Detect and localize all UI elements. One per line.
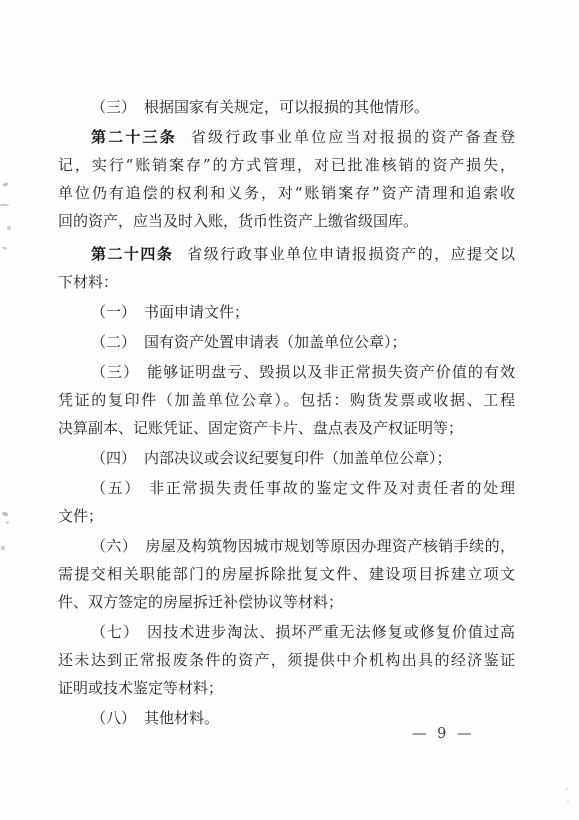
scan-speck <box>0 204 9 206</box>
line-text: 凭证的复印件（加盖单位公章）。包括：购货发票或收据、工程 <box>58 391 515 409</box>
text-line: （七）因技术进步淘汰、损坏严重无法修复或修复价值过高 <box>58 618 515 646</box>
list-marker: （三） <box>91 363 139 381</box>
text-line: 还未达到正常报废条件的资产，须提供中介机构出具的经济鉴证 <box>58 646 515 674</box>
page-number: — 9 — <box>412 726 502 742</box>
line-text: 国有资产处置申请表（加盖单位公章）； <box>144 333 407 351</box>
text-line: 决算副本、记账凭证、固定资产卡片、盘点表及产权证明等； <box>58 414 515 442</box>
list-marker: （六） <box>91 537 137 555</box>
text-line: （六）房屋及构筑物因城市规划等原因办理资产核销手续的， <box>58 532 515 560</box>
list-marker: （七） <box>91 623 139 641</box>
list-marker: （二） <box>91 333 136 351</box>
line-text: 证明或技术鉴定等材料； <box>58 679 223 697</box>
scan-speck <box>567 801 569 803</box>
line-text: 根据国家有关规定，可以报损的其他情形。 <box>144 98 429 116</box>
line-text: 件、双方签定的房屋拆迁补偿协议等材料； <box>58 593 343 611</box>
line-text: 文件； <box>58 507 103 525</box>
line-text: 其他材料。 <box>144 709 219 727</box>
text-line: 件、双方签定的房屋拆迁补偿协议等材料； <box>58 588 515 616</box>
text-line: 需提交相关职能部门的房屋拆除批复文件、建设项目拆建立项文 <box>58 560 515 588</box>
list-marker: （五） <box>91 479 141 497</box>
text-line: （四）内部决议或会议纪要复印件（加盖单位公章）； <box>58 444 515 472</box>
text-line: 文件； <box>58 502 515 530</box>
line-text: 决算副本、记账凭证、固定资产卡片、盘点表及产权证明等； <box>58 419 463 437</box>
text-line: （三）根据国家有关规定，可以报损的其他情形。 <box>58 93 515 121</box>
text-line: 回的资产，应当及时入账，货币性资产上缴省级国库。 <box>58 207 515 235</box>
text-line: 单位仍有追偿的权利和义务，对“账销案存”资产清理和追索收 <box>58 179 515 207</box>
line-text: 书面申请文件； <box>144 303 249 321</box>
text-line: 记，实行“账销案存”的方式管理，对已批准核销的资产损失， <box>58 151 515 179</box>
scan-speck <box>2 246 7 249</box>
line-text: 单位仍有追偿的权利和义务，对“账销案存”资产清理和追索收 <box>58 184 515 202</box>
text-line: 证明或技术鉴定等材料； <box>58 674 515 702</box>
line-text: 省级行政事业单位申请报损资产的，应提交以 <box>187 245 515 263</box>
text-line: （五）非正常损失责任事故的鉴定文件及对责任者的处理 <box>58 474 515 502</box>
scan-speck <box>566 788 568 790</box>
document-page: （三）根据国家有关规定，可以报损的其他情形。第二十三条省级行政事业单位应当对报损… <box>0 0 579 820</box>
line-text: 房屋及构筑物因城市规划等原因办理资产核销手续的， <box>145 537 515 555</box>
line-text: 非正常损失责任事故的鉴定文件及对责任者的处理 <box>149 479 515 497</box>
scan-speck <box>1 511 8 517</box>
text-line: 第二十四条省级行政事业单位申请报损资产的，应提交以 <box>58 240 515 268</box>
line-text: 需提交相关职能部门的房屋拆除批复文件、建设项目拆建立项文 <box>58 565 515 583</box>
text-line: 第二十三条省级行政事业单位应当对报损的资产备查登 <box>58 123 515 151</box>
text-line: （二）国有资产处置申请表（加盖单位公章）； <box>58 328 515 356</box>
line-text: 记，实行“账销案存”的方式管理，对已批准核销的资产损失， <box>58 156 515 174</box>
article-number: 第二十三条 <box>91 128 177 146</box>
text-line: 凭证的复印件（加盖单位公章）。包括：购货发票或收据、工程 <box>58 386 515 414</box>
document-body: （三）根据国家有关规定，可以报损的其他情形。第二十三条省级行政事业单位应当对报损… <box>58 91 515 732</box>
scan-speck <box>7 226 11 230</box>
text-line: （一）书面申请文件； <box>58 298 515 326</box>
line-text: 下材料： <box>58 273 118 291</box>
scan-speck <box>6 521 9 524</box>
line-text: 内部决议或会议纪要复印件（加盖单位公章）； <box>144 449 452 467</box>
list-marker: （八） <box>91 709 136 727</box>
scan-speck <box>3 182 9 187</box>
line-text: 因技术进步淘汰、损坏严重无法修复或修复价值过高 <box>147 623 515 641</box>
list-marker: （四） <box>91 449 136 467</box>
line-text: 能够证明盘亏、毁损以及非正常损失资产价值的有效 <box>147 363 515 381</box>
text-line: （三）能够证明盘亏、毁损以及非正常损失资产价值的有效 <box>58 358 515 386</box>
article-number: 第二十四条 <box>91 245 173 263</box>
list-marker: （一） <box>91 303 136 321</box>
line-text: 还未达到正常报废条件的资产，须提供中介机构出具的经济鉴证 <box>58 651 515 669</box>
scan-speck <box>1 546 5 550</box>
text-line: 下材料： <box>58 268 515 296</box>
line-text: 回的资产，应当及时入账，货币性资产上缴省级国库。 <box>58 212 418 230</box>
line-text: 省级行政事业单位应当对报损的资产备查登 <box>191 128 515 146</box>
list-marker: （三） <box>91 98 136 116</box>
